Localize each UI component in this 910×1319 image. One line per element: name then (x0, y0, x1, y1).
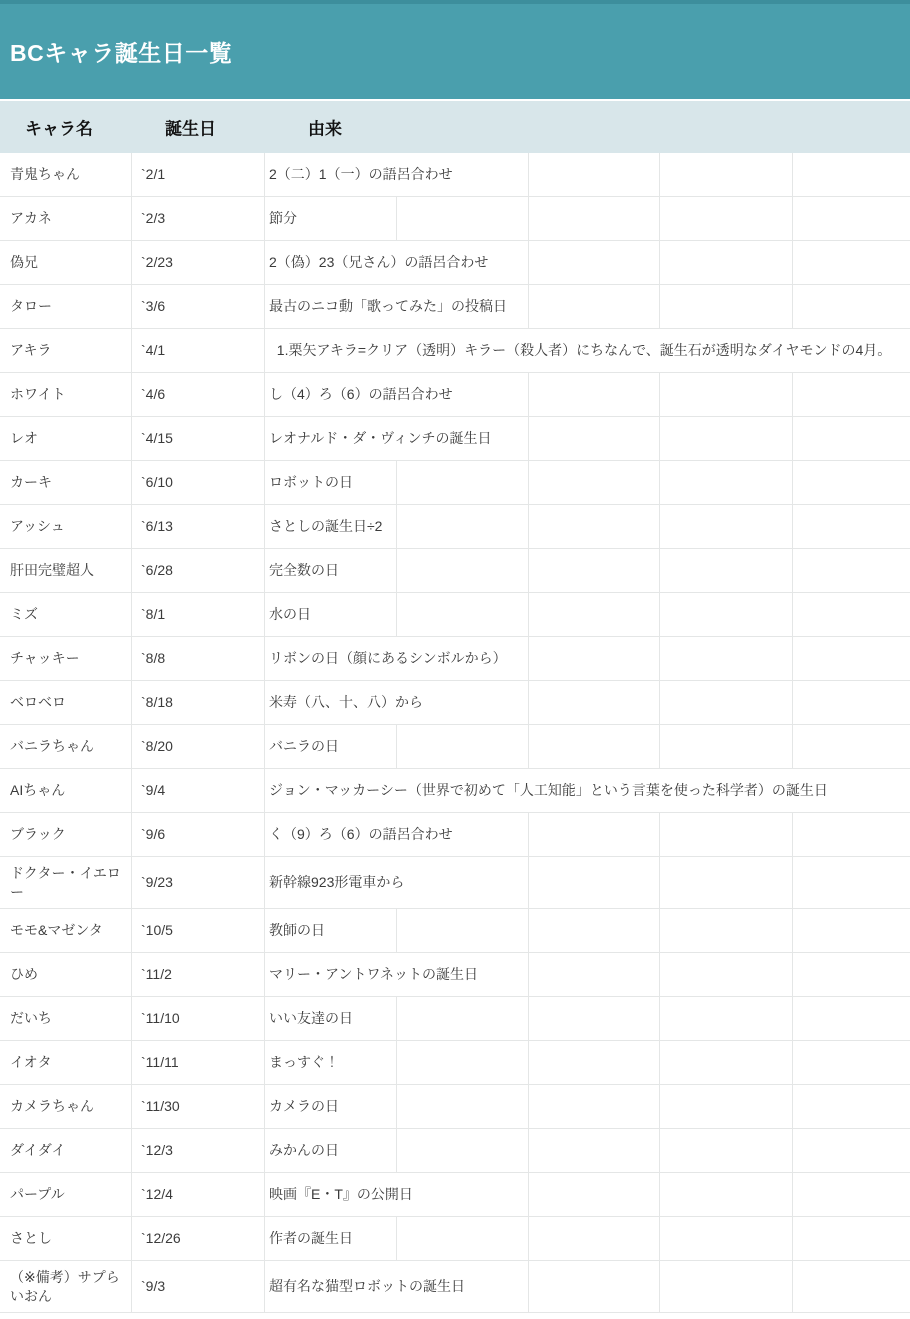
empty-cell (396, 909, 528, 952)
origin-cell: 節分 (264, 197, 396, 240)
character-name-cell: タロー (0, 285, 131, 328)
birthday-cell: `2/3 (131, 197, 264, 240)
character-name-cell: バニラちゃん (0, 725, 131, 768)
empty-cell (792, 417, 910, 460)
character-name-cell: AIちゃん (0, 769, 131, 812)
table-row: アッシュ `6/13 さとしの誕生日÷2 (0, 505, 910, 549)
empty-cell (659, 725, 792, 768)
origin-cell: く（9）ろ（6）の語呂合わせ (264, 813, 528, 856)
empty-cell (396, 461, 528, 504)
empty-cell (396, 1041, 528, 1084)
empty-cell (528, 813, 659, 856)
empty-cell (792, 461, 910, 504)
empty-cell (792, 813, 910, 856)
character-name-cell: イオタ (0, 1041, 131, 1084)
empty-cell (528, 681, 659, 724)
character-name-cell: ひめ (0, 953, 131, 996)
empty-cell (792, 857, 910, 908)
table-row: アカネ `2/3 節分 (0, 197, 910, 241)
birthday-cell: `11/10 (131, 997, 264, 1040)
page-title: BCキャラ誕生日一覧 (0, 35, 232, 68)
empty-cell (528, 285, 659, 328)
birthday-cell: `6/10 (131, 461, 264, 504)
birthday-cell: `9/23 (131, 857, 264, 908)
empty-cell (528, 1129, 659, 1172)
origin-cell: 超有名な猫型ロボットの誕生日 (264, 1261, 528, 1312)
empty-cell (528, 241, 659, 284)
table-row: カメラちゃん `11/30 カメラの日 (0, 1085, 910, 1129)
birthday-cell: `8/8 (131, 637, 264, 680)
birthday-cell: `8/1 (131, 593, 264, 636)
table-row: ダイダイ `12/3 みかんの日 (0, 1129, 910, 1173)
empty-cell (659, 1129, 792, 1172)
table-row: ベロベロ `8/18 米寿（八、十、八）から (0, 681, 910, 725)
empty-cell (659, 1217, 792, 1260)
table-row: アキラ `4/1 1.栗矢アキラ=クリア（透明）キラー（殺人者）にちなんで、誕生… (0, 329, 910, 373)
table-row: パープル `12/4 映画『E・T』の公開日 (0, 1173, 910, 1217)
empty-cell (396, 725, 528, 768)
empty-cell (792, 373, 910, 416)
empty-cell (792, 997, 910, 1040)
title-banner: BCキャラ誕生日一覧 (0, 0, 910, 99)
origin-cell: 完全数の日 (264, 549, 396, 592)
empty-cell (659, 461, 792, 504)
origin-cell: カメラの日 (264, 1085, 396, 1128)
origin-cell: 教師の日 (264, 909, 396, 952)
origin-cell: いい友達の日 (264, 997, 396, 1040)
empty-cell (659, 241, 792, 284)
empty-cell (792, 549, 910, 592)
birthday-cell: `12/26 (131, 1217, 264, 1260)
birthday-cell: `6/13 (131, 505, 264, 548)
birthday-cell: `9/3 (131, 1261, 264, 1312)
origin-cell: 1.栗矢アキラ=クリア（透明）キラー（殺人者）にちなんで、誕生石が透明なダイヤモ… (264, 329, 910, 372)
table-row: 偽兄 `2/23 2（偽）23（兄さん）の語呂合わせ (0, 241, 910, 285)
birthday-cell: `9/6 (131, 813, 264, 856)
origin-cell: みかんの日 (264, 1129, 396, 1172)
birthday-cell: `11/11 (131, 1041, 264, 1084)
table-row: イオタ `11/11 まっすぐ！ (0, 1041, 910, 1085)
empty-cell (659, 909, 792, 952)
origin-cell: バニラの日 (264, 725, 396, 768)
birthday-cell: `8/20 (131, 725, 264, 768)
character-name-cell: アキラ (0, 329, 131, 372)
empty-cell (659, 857, 792, 908)
empty-cell (528, 857, 659, 908)
origin-cell: 映画『E・T』の公開日 (264, 1173, 528, 1216)
character-name-cell: ドクター・イエロー (0, 857, 131, 908)
origin-cell: し（4）ろ（6）の語呂合わせ (264, 373, 528, 416)
table-row: カーキ `6/10 ロボットの日 (0, 461, 910, 505)
character-name-cell: パープル (0, 1173, 131, 1216)
birthday-cell: `2/1 (131, 153, 264, 196)
origin-cell: さとしの誕生日÷2 (264, 505, 396, 548)
birthday-cell: `11/30 (131, 1085, 264, 1128)
empty-cell (528, 153, 659, 196)
table-row: さとし `12/26 作者の誕生日 (0, 1217, 910, 1261)
character-name-cell: ホワイト (0, 373, 131, 416)
empty-cell (659, 1085, 792, 1128)
empty-cell (528, 1041, 659, 1084)
character-name-cell: アッシュ (0, 505, 131, 548)
empty-cell (792, 241, 910, 284)
empty-cell (396, 593, 528, 636)
empty-cell (792, 153, 910, 196)
birthday-cell: `9/4 (131, 769, 264, 812)
page-root: BCキャラ誕生日一覧 キャラ名 誕生日 由来 青鬼ちゃん `2/1 2（二）1（… (0, 0, 910, 1313)
origin-cell: まっすぐ！ (264, 1041, 396, 1084)
character-name-cell: チャッキー (0, 637, 131, 680)
origin-cell: 新幹線923形電車から (264, 857, 528, 908)
column-header-origin: 由来 (308, 115, 342, 140)
character-name-cell: 偽兄 (0, 241, 131, 284)
column-header-row: キャラ名 誕生日 由来 (0, 101, 910, 153)
table-row: ミズ `8/1 水の日 (0, 593, 910, 637)
table-row: レオ `4/15 レオナルド・ダ・ヴィンチの誕生日 (0, 417, 910, 461)
table-row: バニラちゃん `8/20 バニラの日 (0, 725, 910, 769)
character-name-cell: ダイダイ (0, 1129, 131, 1172)
empty-cell (528, 1261, 659, 1312)
empty-cell (659, 1041, 792, 1084)
empty-cell (528, 373, 659, 416)
empty-cell (792, 1041, 910, 1084)
character-name-cell: レオ (0, 417, 131, 460)
empty-cell (659, 1173, 792, 1216)
empty-cell (528, 549, 659, 592)
empty-cell (792, 725, 910, 768)
origin-cell: 2（二）1（一）の語呂合わせ (264, 153, 528, 196)
origin-cell: 2（偽）23（兄さん）の語呂合わせ (264, 241, 528, 284)
column-header-name: キャラ名 (25, 115, 93, 140)
birthday-cell: `8/18 (131, 681, 264, 724)
empty-cell (528, 953, 659, 996)
empty-cell (792, 637, 910, 680)
origin-cell: 作者の誕生日 (264, 1217, 396, 1260)
table-row: AIちゃん `9/4 ジョン・マッカーシー（世界で初めて「人工知能」という言葉を… (0, 769, 910, 813)
table-row: ドクター・イエロー `9/23 新幹線923形電車から (0, 857, 910, 909)
origin-cell: レオナルド・ダ・ヴィンチの誕生日 (264, 417, 528, 460)
empty-cell (396, 1085, 528, 1128)
origin-cell: 米寿（八、十、八）から (264, 681, 528, 724)
empty-cell (659, 681, 792, 724)
empty-cell (396, 997, 528, 1040)
empty-cell (792, 593, 910, 636)
table-row: タロー `3/6 最古のニコ動「歌ってみた」の投稿日 (0, 285, 910, 329)
empty-cell (528, 997, 659, 1040)
empty-cell (659, 373, 792, 416)
empty-cell (528, 1173, 659, 1216)
character-name-cell: 青鬼ちゃん (0, 153, 131, 196)
character-name-cell: さとし (0, 1217, 131, 1260)
empty-cell (396, 505, 528, 548)
empty-cell (659, 417, 792, 460)
empty-cell (528, 1085, 659, 1128)
empty-cell (792, 285, 910, 328)
birthday-cell: `10/5 (131, 909, 264, 952)
birthday-cell: `4/1 (131, 329, 264, 372)
empty-cell (396, 1129, 528, 1172)
empty-cell (792, 909, 910, 952)
empty-cell (792, 1173, 910, 1216)
empty-cell (528, 725, 659, 768)
empty-cell (528, 461, 659, 504)
empty-cell (792, 1129, 910, 1172)
table-row: ブラック `9/6 く（9）ろ（6）の語呂合わせ (0, 813, 910, 857)
empty-cell (792, 1261, 910, 1312)
character-name-cell: モモ&マゼンタ (0, 909, 131, 952)
empty-cell (396, 549, 528, 592)
character-name-cell: ブラック (0, 813, 131, 856)
table-row: （※備考）サプらいおん `9/3 超有名な猫型ロボットの誕生日 (0, 1261, 910, 1313)
character-name-cell: （※備考）サプらいおん (0, 1261, 131, 1312)
empty-cell (792, 953, 910, 996)
birthday-cell: `12/3 (131, 1129, 264, 1172)
empty-cell (792, 1217, 910, 1260)
table-body: 青鬼ちゃん `2/1 2（二）1（一）の語呂合わせ アカネ `2/3 節分 偽兄… (0, 153, 910, 1313)
column-header-birthday: 誕生日 (165, 115, 216, 140)
character-name-cell: 肝田完璧超人 (0, 549, 131, 592)
character-name-cell: カメラちゃん (0, 1085, 131, 1128)
empty-cell (396, 197, 528, 240)
birthday-cell: `11/2 (131, 953, 264, 996)
empty-cell (792, 505, 910, 548)
empty-cell (528, 505, 659, 548)
empty-cell (659, 153, 792, 196)
empty-cell (659, 549, 792, 592)
empty-cell (528, 637, 659, 680)
birthday-cell: `4/15 (131, 417, 264, 460)
table-row: だいち `11/10 いい友達の日 (0, 997, 910, 1041)
empty-cell (528, 1217, 659, 1260)
birthday-cell: `4/6 (131, 373, 264, 416)
empty-cell (659, 593, 792, 636)
empty-cell (528, 197, 659, 240)
empty-cell (396, 1217, 528, 1260)
table-row: ホワイト `4/6 し（4）ろ（6）の語呂合わせ (0, 373, 910, 417)
character-name-cell: ミズ (0, 593, 131, 636)
origin-cell: ジョン・マッカーシー（世界で初めて「人工知能」という言葉を使った科学者）の誕生日 (264, 769, 910, 812)
table-row: モモ&マゼンタ `10/5 教師の日 (0, 909, 910, 953)
birthday-cell: `6/28 (131, 549, 264, 592)
empty-cell (528, 417, 659, 460)
character-name-cell: だいち (0, 997, 131, 1040)
birthday-cell: `12/4 (131, 1173, 264, 1216)
empty-cell (792, 681, 910, 724)
birthday-cell: `2/23 (131, 241, 264, 284)
origin-cell: リボンの日（顔にあるシンボルから） (264, 637, 528, 680)
empty-cell (659, 285, 792, 328)
table-row: 青鬼ちゃん `2/1 2（二）1（一）の語呂合わせ (0, 153, 910, 197)
empty-cell (528, 593, 659, 636)
character-name-cell: カーキ (0, 461, 131, 504)
empty-cell (659, 953, 792, 996)
empty-cell (659, 505, 792, 548)
empty-cell (659, 637, 792, 680)
table-row: ひめ `11/2 マリー・アントワネットの誕生日 (0, 953, 910, 997)
empty-cell (528, 909, 659, 952)
origin-cell: 最古のニコ動「歌ってみた」の投稿日 (264, 285, 528, 328)
empty-cell (659, 1261, 792, 1312)
origin-cell: マリー・アントワネットの誕生日 (264, 953, 528, 996)
origin-cell: 水の日 (264, 593, 396, 636)
empty-cell (792, 1085, 910, 1128)
character-name-cell: ベロベロ (0, 681, 131, 724)
birthday-cell: `3/6 (131, 285, 264, 328)
character-name-cell: アカネ (0, 197, 131, 240)
empty-cell (659, 813, 792, 856)
table-row: 肝田完璧超人 `6/28 完全数の日 (0, 549, 910, 593)
origin-cell: ロボットの日 (264, 461, 396, 504)
empty-cell (659, 997, 792, 1040)
table-row: チャッキー `8/8 リボンの日（顔にあるシンボルから） (0, 637, 910, 681)
empty-cell (792, 197, 910, 240)
empty-cell (659, 197, 792, 240)
